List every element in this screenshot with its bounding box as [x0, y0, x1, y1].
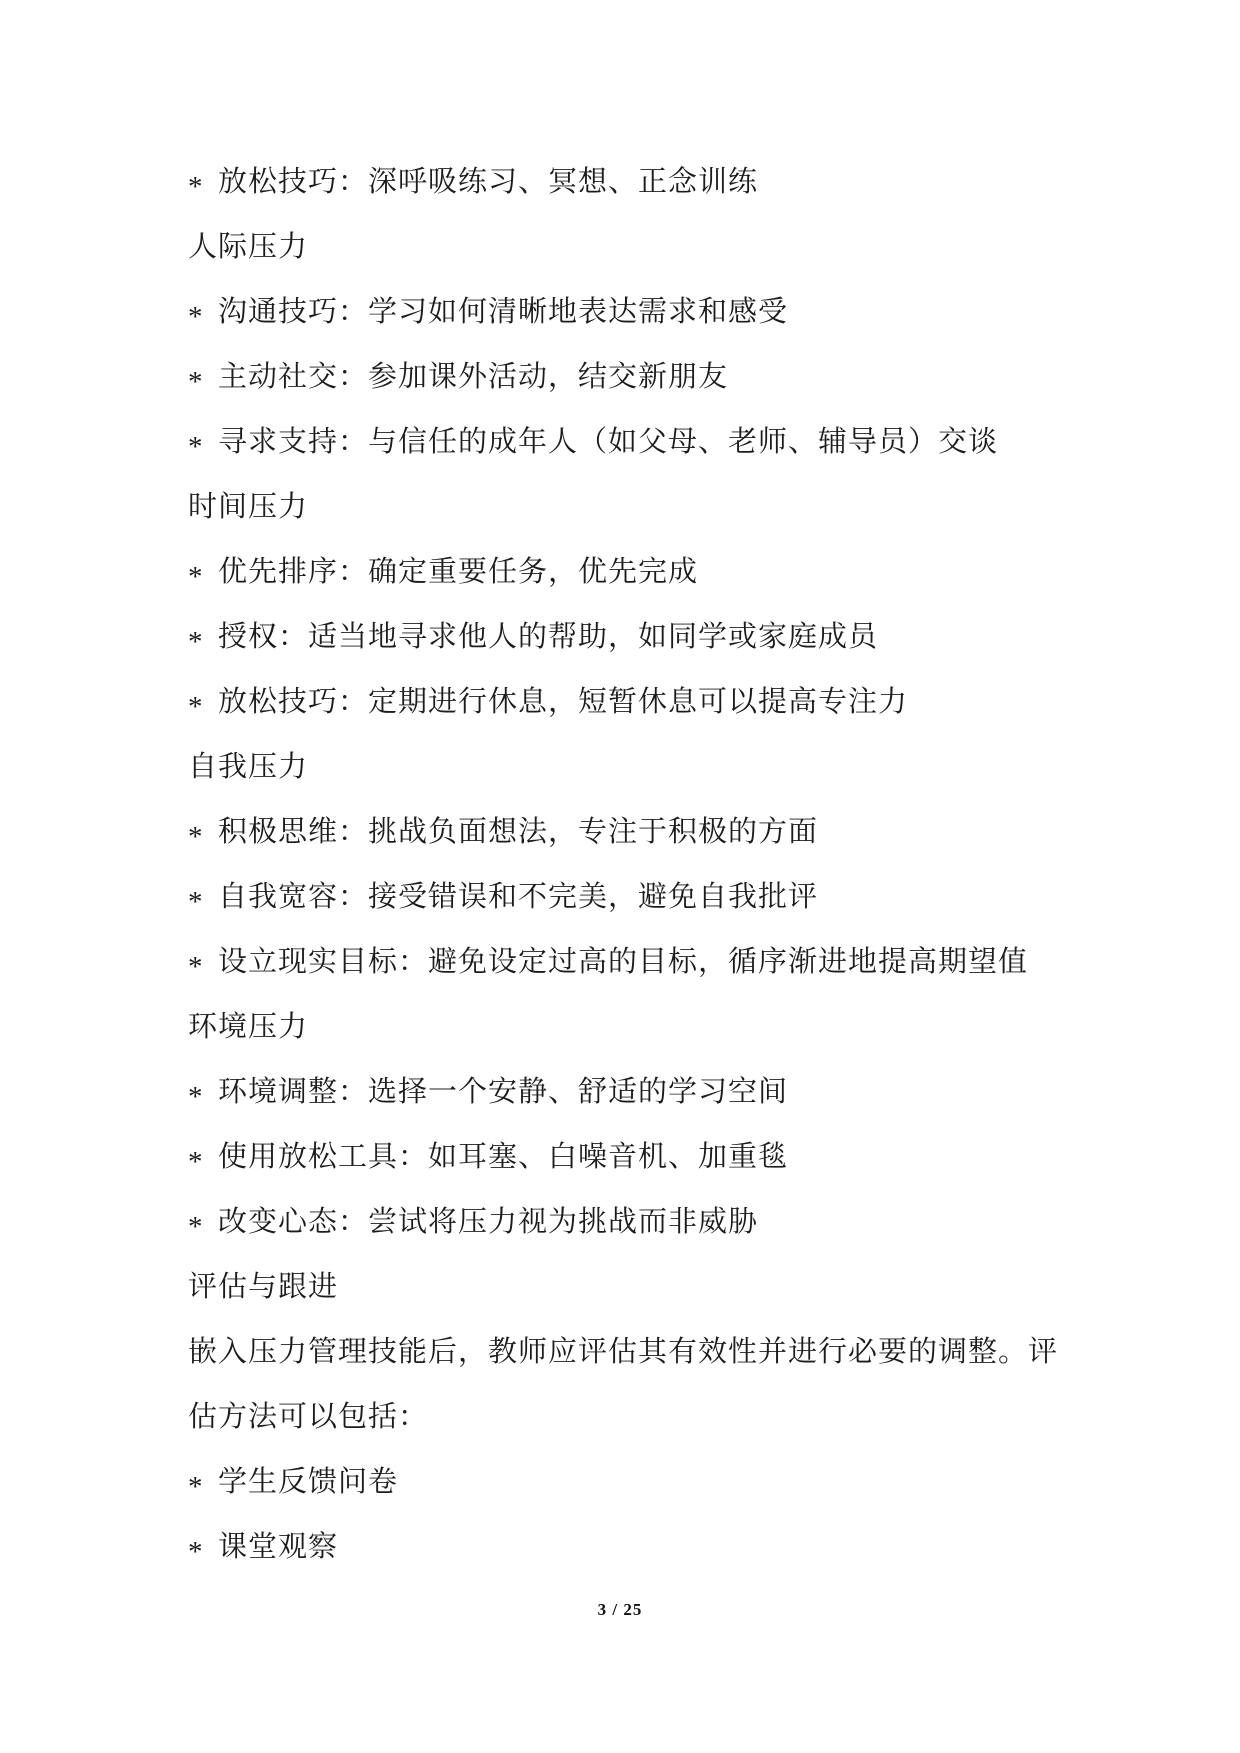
document-line: *环境调整：选择一个安静、舒适的学习空间 [188, 1060, 1088, 1125]
document-line: 自我压力 [188, 735, 1088, 800]
document-line: *放松技巧：深呼吸练习、冥想、正念训练 [188, 150, 1088, 215]
line-text: 授权：适当地寻求他人的帮助，如同学或家庭成员 [218, 621, 878, 653]
line-text: 放松技巧：深呼吸练习、冥想、正念训练 [218, 166, 758, 198]
line-text: 积极思维：挑战负面想法，专注于积极的方面 [218, 816, 818, 848]
document-line: *使用放松工具：如耳塞、白噪音机、加重毯 [188, 1125, 1088, 1190]
document-line: *授权：适当地寻求他人的帮助，如同学或家庭成员 [188, 605, 1088, 670]
document-line: 环境压力 [188, 995, 1088, 1060]
line-text: 使用放松工具：如耳塞、白噪音机、加重毯 [218, 1141, 788, 1173]
bullet-marker: * [188, 350, 218, 415]
line-text: 主动社交：参加课外活动，结交新朋友 [218, 361, 728, 393]
document-line: 估方法可以包括： [188, 1385, 1088, 1450]
line-text: 环境压力 [188, 1011, 308, 1043]
document-line: *寻求支持：与信任的成年人（如父母、老师、辅导员）交谈 [188, 410, 1088, 475]
line-text: 优先排序：确定重要任务，优先完成 [218, 556, 698, 588]
document-line: *自我宽容：接受错误和不完美，避免自我批评 [188, 865, 1088, 930]
bullet-marker: * [188, 1520, 218, 1585]
line-text: 课堂观察 [218, 1531, 338, 1563]
line-text: 改变心态：尝试将压力视为挑战而非威胁 [218, 1206, 758, 1238]
bullet-marker: * [188, 1455, 218, 1520]
line-text: 自我压力 [188, 751, 308, 783]
bullet-marker: * [188, 675, 218, 740]
document-line: *课堂观察 [188, 1515, 1088, 1580]
line-text: 估方法可以包括： [188, 1401, 428, 1433]
document-line: *设立现实目标：避免设定过高的目标，循序渐进地提高期望值 [188, 930, 1088, 995]
document-line: 时间压力 [188, 475, 1088, 540]
bullet-marker: * [188, 805, 218, 870]
document-line: *主动社交：参加课外活动，结交新朋友 [188, 345, 1088, 410]
line-text: 学生反馈问卷 [218, 1466, 398, 1498]
bullet-marker: * [188, 285, 218, 350]
bullet-marker: * [188, 935, 218, 1000]
page-number: 3 / 25 [0, 1600, 1240, 1620]
bullet-marker: * [188, 1195, 218, 1260]
line-text: 人际压力 [188, 231, 308, 263]
bullet-marker: * [188, 1065, 218, 1130]
document-line: *改变心态：尝试将压力视为挑战而非威胁 [188, 1190, 1088, 1255]
bullet-marker: * [188, 155, 218, 220]
document-body: *放松技巧：深呼吸练习、冥想、正念训练人际压力*沟通技巧：学习如何清晰地表达需求… [188, 150, 1088, 1580]
line-text: 沟通技巧：学习如何清晰地表达需求和感受 [218, 296, 788, 328]
document-line: *积极思维：挑战负面想法，专注于积极的方面 [188, 800, 1088, 865]
bullet-marker: * [188, 545, 218, 610]
document-line: 嵌入压力管理技能后，教师应评估其有效性并进行必要的调整。评 [188, 1320, 1088, 1385]
document-line: 人际压力 [188, 215, 1088, 280]
line-text: 评估与跟进 [188, 1271, 338, 1303]
document-line: *沟通技巧：学习如何清晰地表达需求和感受 [188, 280, 1088, 345]
bullet-marker: * [188, 415, 218, 480]
line-text: 嵌入压力管理技能后，教师应评估其有效性并进行必要的调整。评 [188, 1336, 1058, 1368]
bullet-marker: * [188, 1130, 218, 1195]
line-text: 寻求支持：与信任的成年人（如父母、老师、辅导员）交谈 [218, 426, 998, 458]
line-text: 时间压力 [188, 491, 308, 523]
bullet-marker: * [188, 610, 218, 675]
document-line: *优先排序：确定重要任务，优先完成 [188, 540, 1088, 605]
document-page: *放松技巧：深呼吸练习、冥想、正念训练人际压力*沟通技巧：学习如何清晰地表达需求… [0, 0, 1240, 1753]
line-text: 设立现实目标：避免设定过高的目标，循序渐进地提高期望值 [218, 946, 1028, 978]
line-text: 自我宽容：接受错误和不完美，避免自我批评 [218, 881, 818, 913]
document-line: *学生反馈问卷 [188, 1450, 1088, 1515]
bullet-marker: * [188, 870, 218, 935]
line-text: 放松技巧：定期进行休息，短暂休息可以提高专注力 [218, 686, 908, 718]
line-text: 环境调整：选择一个安静、舒适的学习空间 [218, 1076, 788, 1108]
document-line: 评估与跟进 [188, 1255, 1088, 1320]
document-line: *放松技巧：定期进行休息，短暂休息可以提高专注力 [188, 670, 1088, 735]
